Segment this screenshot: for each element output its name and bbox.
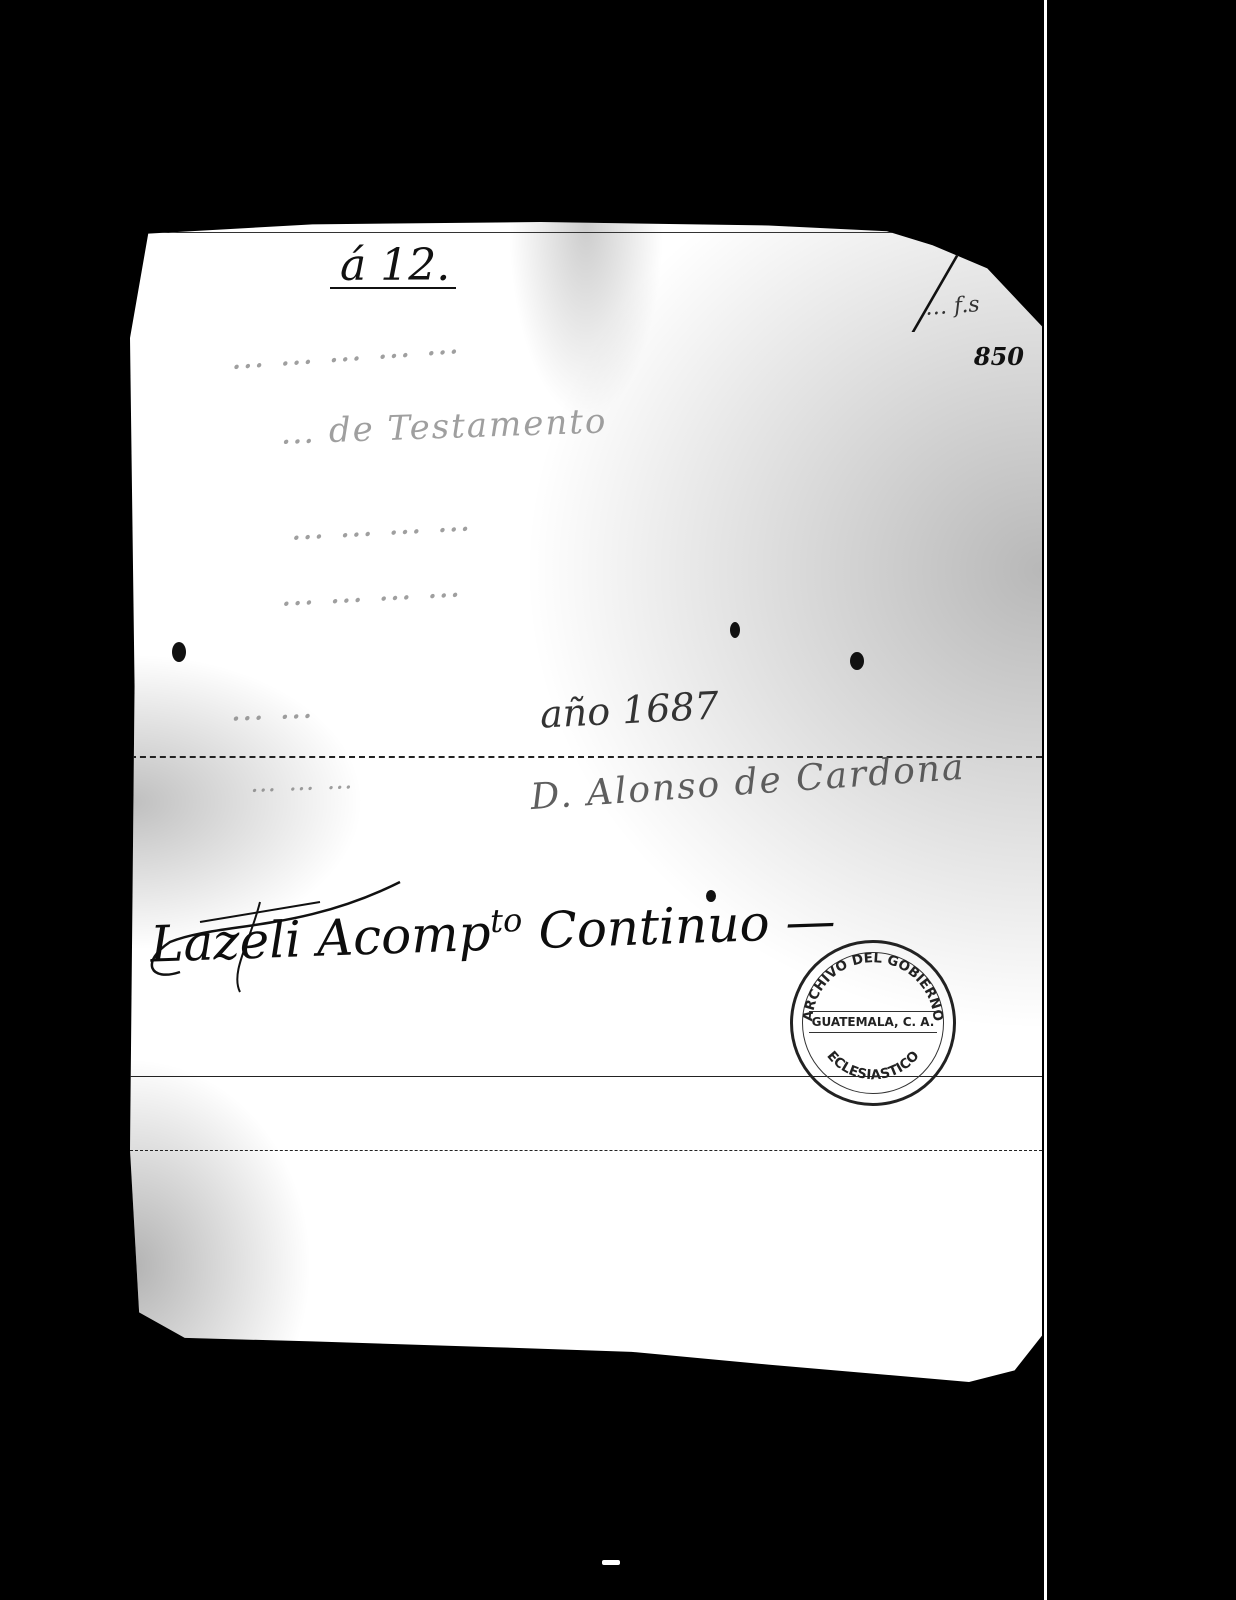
handwritten-line: … … … … …: [229, 322, 462, 378]
ruled-line: [160, 232, 892, 233]
svg-text:ECLESIASTICO: ECLESIASTICO: [823, 1048, 922, 1083]
signature-superscript: to: [489, 901, 522, 940]
handwritten-line: … … … …: [289, 499, 473, 548]
ink-blot: [850, 652, 864, 670]
scan-artifact: [602, 1560, 620, 1565]
corner-annotation: … f.s: [925, 292, 981, 321]
year-line: año 1687: [539, 683, 720, 736]
stamp-center-text: GUATEMALA, C. A.: [809, 1011, 937, 1033]
ink-blot: [730, 622, 740, 638]
ruled-line: [130, 1150, 1042, 1151]
signature-main: Lazeli Acomp: [149, 904, 491, 974]
archive-stamp: ARCHIVO DEL GOBIERNO ECLESIASTICO GUATEM…: [790, 940, 956, 1106]
handwritten-line: … …: [229, 687, 315, 730]
page-number: 850: [974, 342, 1024, 371]
handwritten-line: … … … …: [279, 565, 463, 614]
handwritten-line: … … …: [250, 765, 356, 799]
scan-edge-line: [1044, 0, 1047, 1600]
handwritten-line: … de Testamento: [279, 401, 608, 452]
signature-suffix: Continuo —: [537, 892, 836, 960]
manuscript-page: á 12. … f.s 850 … … … … … … de Testament…: [130, 222, 1042, 1382]
folio-reference: á 12.: [340, 240, 450, 291]
ink-blot: [172, 642, 186, 662]
ink-blot: [706, 890, 716, 902]
